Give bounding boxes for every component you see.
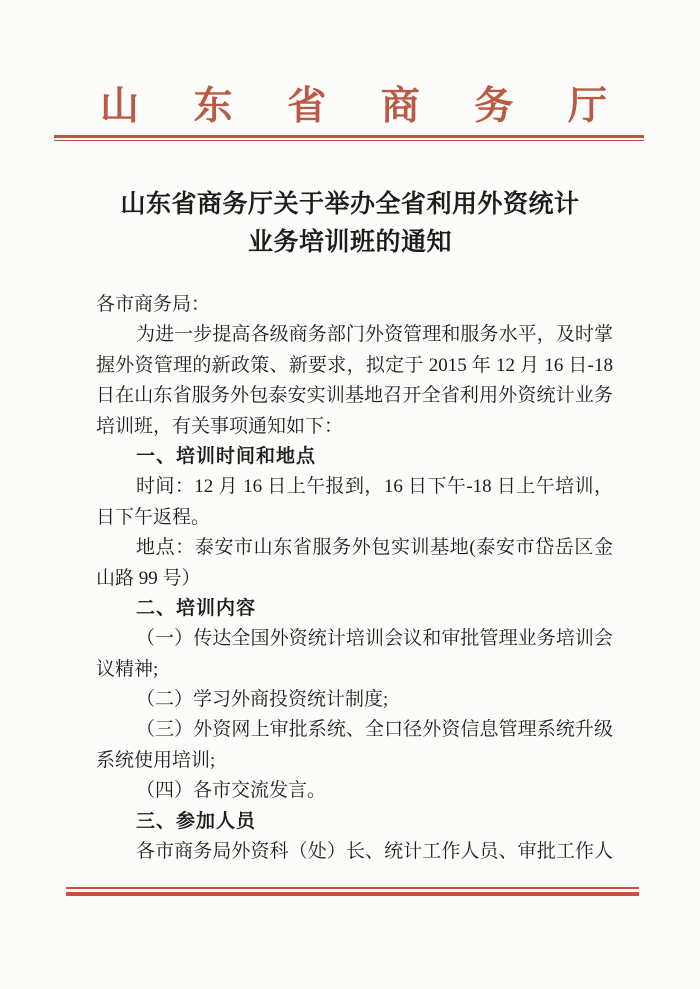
- document-title-line-1: 山东省商务厅关于举办全省利用外资统计: [92, 186, 608, 224]
- body-line: （二）学习外商投资统计制度;: [96, 685, 613, 715]
- section-heading: 二、培训内容: [96, 594, 613, 624]
- footer-rule-thick-line: [66, 892, 639, 896]
- agency-name-char: 省: [287, 84, 326, 131]
- body-line: （四）各市交流发言。: [96, 776, 613, 806]
- body-line: 各市商务局外资科（处）长、统计工作人员、审批工作人: [96, 837, 613, 867]
- document-title-line-2: 业务培训班的通知: [92, 224, 608, 262]
- body-line: 日在山东省服务外包泰安实训基地召开全省利用外资统计业务: [96, 381, 613, 411]
- body-line: （一）传达全国外资统计培训会议和审批管理业务培训会: [96, 624, 613, 654]
- header-rule-thin-line: [54, 140, 644, 141]
- agency-name-char: 山: [100, 84, 139, 131]
- body-line: 为进一步提高各级商务部门外资管理和服务水平，及时掌: [96, 320, 613, 350]
- agency-name-char: 商: [381, 84, 420, 131]
- body-line: 议精神;: [96, 655, 613, 685]
- body-line: 山路 99 号）: [96, 564, 613, 594]
- body-line: 地点：泰安市山东省服务外包实训基地(泰安市岱岳区金牛: [96, 533, 613, 563]
- header-rule: [54, 135, 644, 141]
- body-line: 系统使用培训;: [96, 746, 613, 776]
- header-rule-thick-line: [54, 135, 644, 138]
- body-line: 培训班，有关事项通知如下：: [96, 412, 613, 442]
- document-title: 山东省商务厅关于举办全省利用外资统计 业务培训班的通知: [92, 186, 608, 262]
- agency-name: 山东省商务厅: [100, 84, 607, 131]
- section-heading: 一、培训时间和地点: [96, 442, 613, 472]
- body-line: 时间：12 月 16 日上午报到，16 日下午-18 日上午培训，18: [96, 472, 613, 502]
- body-line: 握外资管理的新政策、新要求，拟定于 2015 年 12 月 16 日-18: [96, 351, 613, 381]
- agency-name-char: 厅: [568, 84, 607, 131]
- body-line: 各市商务局：: [96, 290, 613, 320]
- agency-name-char: 务: [474, 84, 513, 131]
- body-line: （三）外资网上审批系统、全口径外资信息管理系统升级: [96, 715, 613, 745]
- document-body: 各市商务局：为进一步提高各级商务部门外资管理和服务水平，及时掌握外资管理的新政策…: [96, 290, 613, 867]
- document-page: 山东省商务厅 山东省商务厅关于举办全省利用外资统计 业务培训班的通知 各市商务局…: [0, 0, 700, 989]
- body-line: 日下午返程。: [96, 503, 613, 533]
- footer-rule-thin-line: [66, 887, 639, 889]
- section-heading: 三、参加人员: [96, 807, 613, 837]
- agency-name-char: 东: [194, 84, 233, 131]
- footer-rule: [66, 887, 639, 896]
